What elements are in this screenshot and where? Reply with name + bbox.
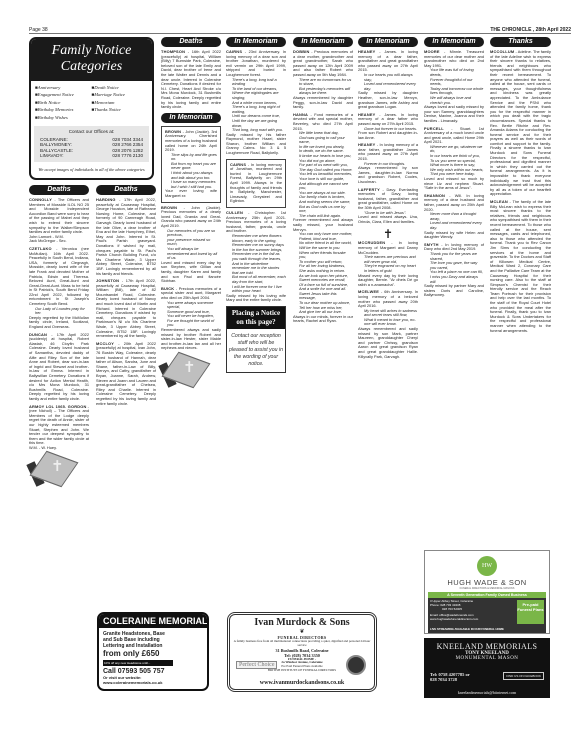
memoriam-column-7: In Memoriam MOORE - Minnie. Treasured me… xyxy=(424,37,484,301)
memoriam-notice: LAFFERTY - Davy. Everlasting memories of… xyxy=(358,188,418,225)
category-item: Birthday Wishes xyxy=(35,114,92,121)
category-item: Memoriam xyxy=(92,99,149,106)
memoriam-column-6: In Memoriam HEANEY - James. In loving me… xyxy=(358,37,418,362)
section-header-in-memoriam: In Memoriam xyxy=(424,37,484,47)
ornament-icon: ❦ xyxy=(230,628,374,635)
death-notice: MCCLOY - 20th April 2022 (peacefully) at… xyxy=(96,342,156,406)
death-notice: DUNCAN - 17th April 2022 (suddenly) at h… xyxy=(29,333,89,402)
memoriam-notice: MCELWEE - 6th Anniversary. In loving mem… xyxy=(358,290,418,359)
thanks-notice: MCCOLLUM - Adeline. The family of the la… xyxy=(490,50,551,197)
website-link[interactable]: www.colerainememorials.co.uk xyxy=(103,681,203,686)
death-notice: CONNOLLY - The Officers and Members of M… xyxy=(29,198,89,244)
website-link[interactable]: www.ivanmurdockandsons.co.uk xyxy=(230,680,374,686)
category-item: Birth Notice xyxy=(35,99,92,106)
death-notice: THOMPSON - 16th April 2022 (peacefully) … xyxy=(161,50,221,110)
death-notice: JOHNSTON - 17th April 2022, peacefully a… xyxy=(96,279,156,339)
perfect-choice-logo: Perfect Choice xyxy=(236,661,277,669)
memoriam-notice: PURCELL - Stuart. 1st Anniversary of a m… xyxy=(424,127,484,191)
memoriam-column-5: In Memoriam DOBBIN - Precious memories o… xyxy=(293,37,353,327)
category-item: Thanks Notice xyxy=(92,106,149,113)
section-header-in-memoriam: In Memoriam xyxy=(161,113,221,123)
category-item: Marriage Notice xyxy=(92,91,149,98)
memoriam-notice: SMYTH - In loving memory of Davy who die… xyxy=(424,243,484,298)
memoriam-notice: HANNA - Fond memories of a devoted wife … xyxy=(293,113,353,324)
bible-icon: ✝ xyxy=(161,355,209,389)
category-list: Anniversary Death Notice Engagement Noti… xyxy=(31,81,152,124)
memoriam-notice: CULLEN - Christopher. 1st Anniversary. 2… xyxy=(226,211,286,303)
memoriam-notice: HEANEY - James. In loving memory of a de… xyxy=(358,50,418,110)
kneeland-memorials-ad: KNEELAND MEMORIALS TONY KNEELAND MONUMEN… xyxy=(424,638,550,698)
category-item: Engagement Notice xyxy=(35,91,92,98)
office-row: LIMAVADY:028 7776 2130 xyxy=(40,153,143,159)
newspaper-page: Page 38 THE CHRONICLE , 28th April 2022 … xyxy=(0,0,580,737)
facebook-badge[interactable]: FIND US ON FACEBOOK xyxy=(503,672,544,680)
section-header-deaths: Deaths xyxy=(96,185,156,195)
ivan-murdock-ad: Ivan Murdock & Sons ❦ FUNERAL DIRECTORS … xyxy=(227,612,377,692)
section-header-deaths: Deaths xyxy=(29,185,89,195)
memoriam-notice: MCCRUDDEN - In loving memory of Margaret… xyxy=(358,241,418,287)
thanks-column: Thanks MCCOLLUM - Adeline. The family of… xyxy=(490,37,551,336)
deaths-column-2: Deaths HARDING - 17th April 2022, peacef… xyxy=(96,185,156,409)
memoriam-notice: BROWN - John (Jackie). Precious memories… xyxy=(161,206,221,284)
header-rule xyxy=(29,33,571,34)
category-item: Anniversary xyxy=(35,84,92,91)
thanks-notice: MCLEAN - The family of the late Billy Mc… xyxy=(490,200,551,333)
category-item: Birthday Memories xyxy=(35,106,92,113)
family-notice-categories-box: Family Notice Categories Anniversary Dea… xyxy=(29,37,154,180)
memoriam-notice: SHANNON - Will. In loving memory of a de… xyxy=(424,194,484,240)
memoriam-column-4: In Memoriam CAIRNS - 23rd Anniversary. I… xyxy=(226,37,286,373)
memoriam-notice: HEANEY - James. In loving memory of a de… xyxy=(358,113,418,141)
memoriam-notice: MOORE - Minnie. Treasured memories of ou… xyxy=(424,50,484,124)
memoriam-notice: CAIRNS - In loving memory of Jonathan, m… xyxy=(226,159,286,208)
family-notice-title: Family Notice Categories xyxy=(31,39,152,81)
coleraine-memorials-ad: COLERAINE MEMORIALS Granite Headstones, … xyxy=(97,612,209,691)
deaths-memoriam-column-3: Deaths THOMPSON - 16th April 2022 (peace… xyxy=(161,37,221,393)
price: from only £650 xyxy=(99,649,207,658)
memoriam-notice: BROWN - John (Jackie). 3rd Anniversary. … xyxy=(161,126,221,203)
office-contacts: Contact our Offices at: COLERAINE:028 70… xyxy=(34,126,149,162)
death-notice: CZETLAKO - Veronica (nee McMullan). 16th… xyxy=(29,247,89,330)
images-note: We accept images of individuals in all o… xyxy=(31,164,152,175)
section-header-thanks: Thanks xyxy=(490,37,551,47)
email-link[interactable]: kneelandmemorials@btinternet.com xyxy=(424,690,550,695)
death-notice: ARMOY LOL 1065. GORDON - (nee Nicholl) –… xyxy=(29,405,89,451)
hw-logo-icon: HW xyxy=(477,556,497,576)
memoriam-notice: DOBBIN - Precious memories of a dear mot… xyxy=(293,50,353,110)
memoriam-notice: HEANEY - In loving memory of a dear fath… xyxy=(358,143,418,184)
memoriam-notice: CAIRNS - 23rd Anniversary. In loving mem… xyxy=(226,50,286,156)
cross-icon: ✝ xyxy=(358,227,418,241)
section-header-deaths: Deaths xyxy=(161,37,221,47)
hugh-wade-ad: HW HUGH WADE & SON FUNERAL DIRECTORS & M… xyxy=(424,550,550,634)
institute-seal-icon xyxy=(346,655,366,675)
phone-number: Call 07593 505 757 xyxy=(99,668,207,675)
placing-notice-box: Placing a Noticeon this page? Contact ou… xyxy=(226,306,286,373)
memoriam-notice: BUICK - Precious memories of a special s… xyxy=(161,287,221,351)
bible-icon: ✝ xyxy=(29,454,77,488)
deaths-column-1: Deaths CONNOLLY - The Officers and Membe… xyxy=(29,185,89,492)
section-header-in-memoriam: In Memoriam xyxy=(226,37,286,47)
section-header-in-memoriam: In Memoriam xyxy=(358,37,418,47)
section-header-in-memoriam: In Memoriam xyxy=(293,37,353,47)
category-item: Death Notice xyxy=(92,84,149,91)
death-notice: HARDING - 17th April 2022, peacefully at… xyxy=(96,198,156,276)
